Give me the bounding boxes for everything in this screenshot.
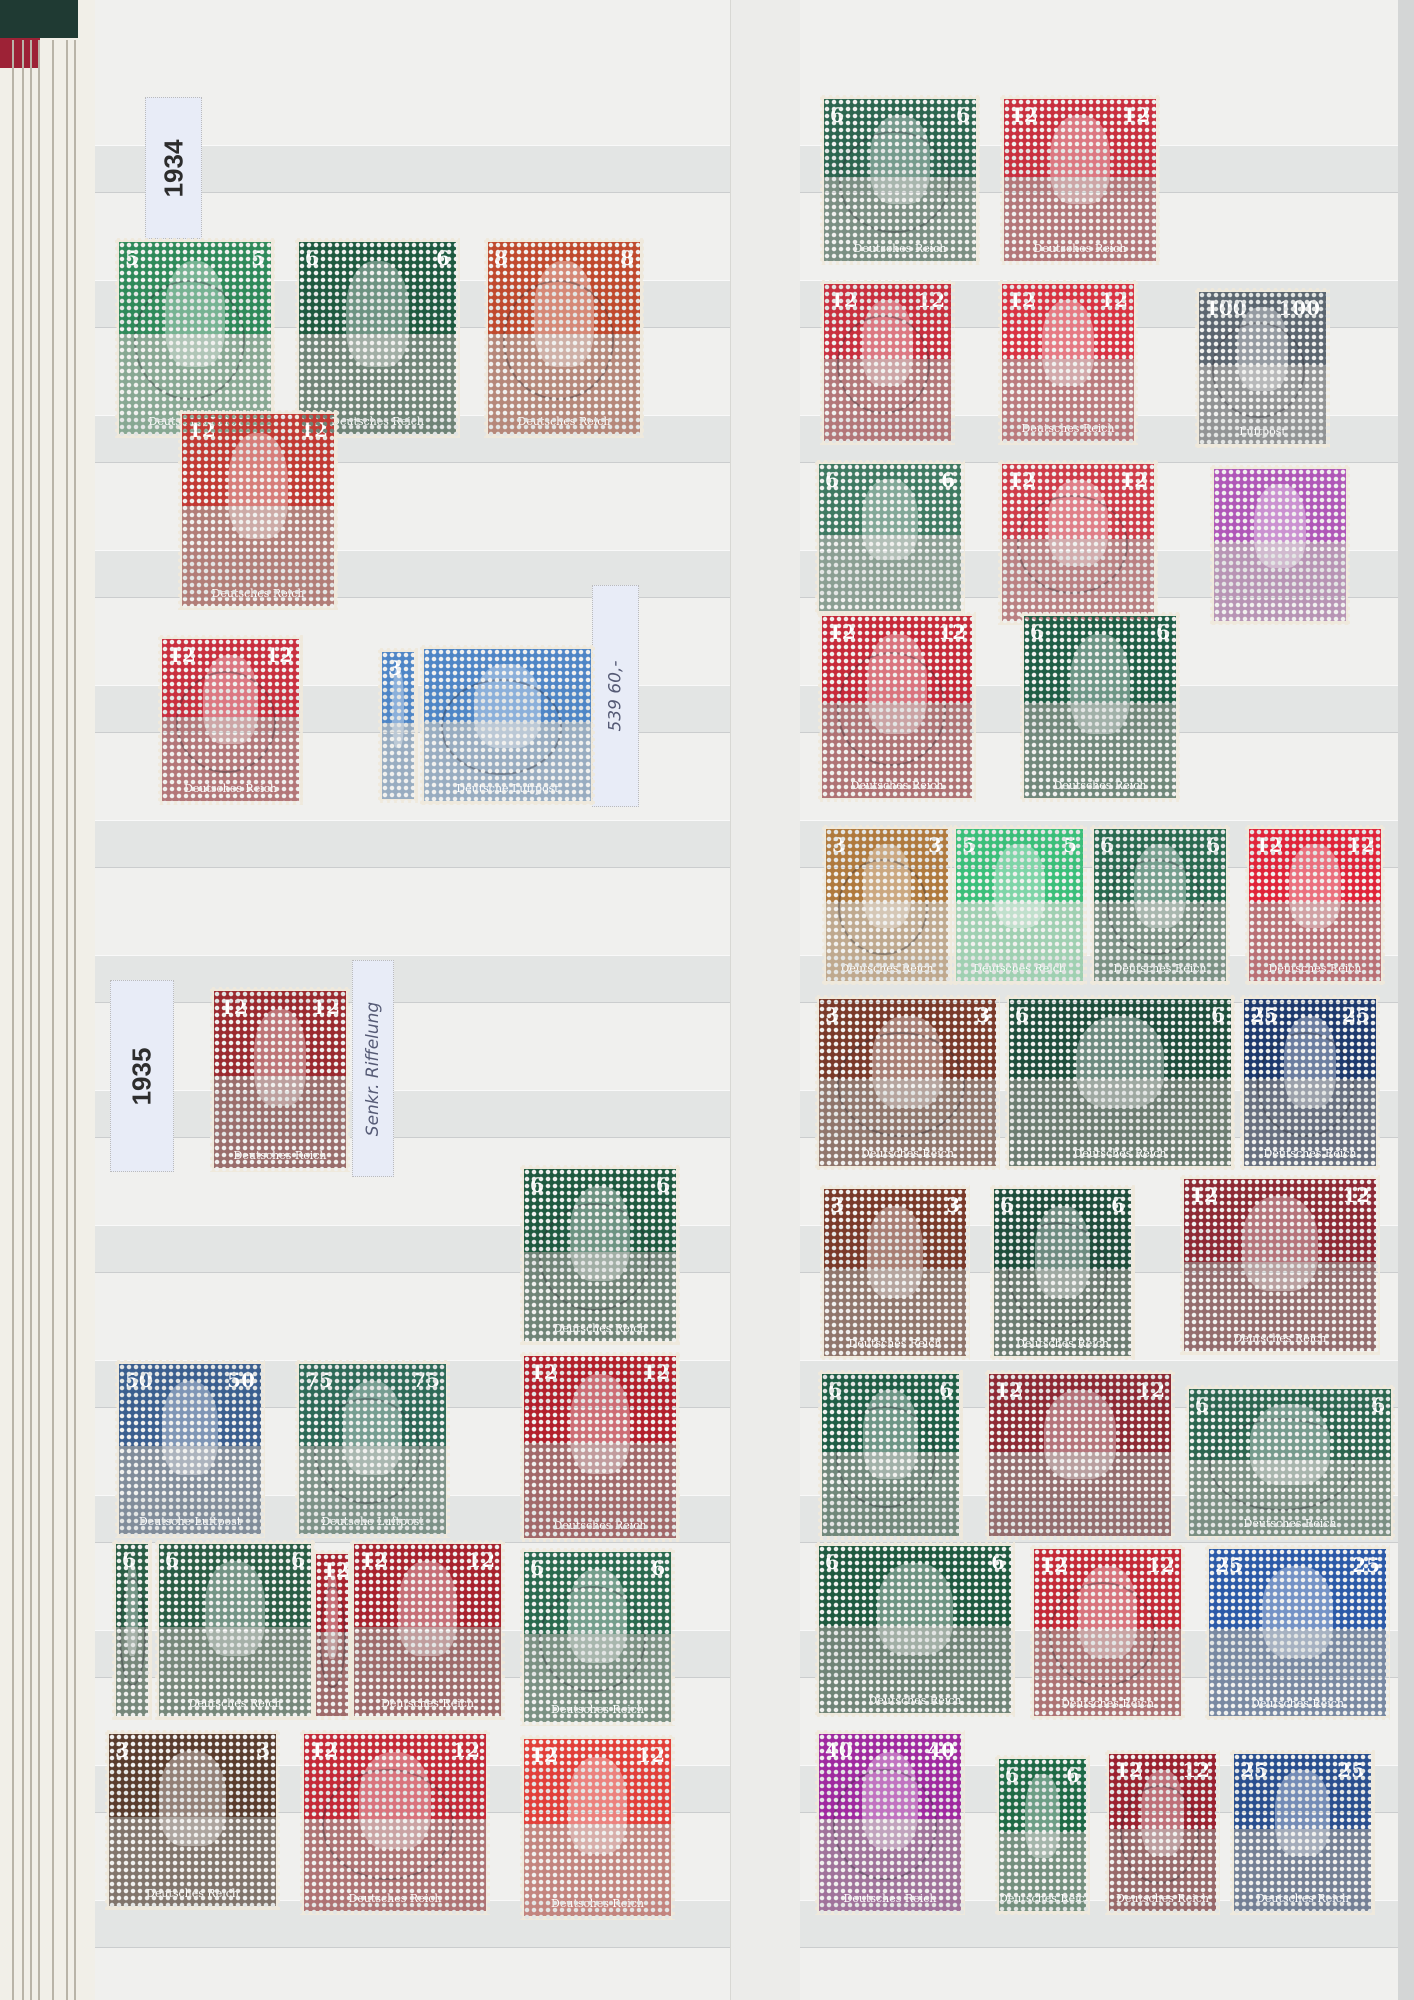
stamp-value: 12: [637, 1743, 665, 1767]
postmark-cancel-icon: [1209, 1418, 1354, 1510]
stamp: 1212: [820, 280, 955, 445]
postmark-cancel-icon: [837, 315, 930, 413]
note-label-riffelung: Senkr. Riffelung: [352, 960, 394, 1177]
stamp-legend: Deutsches Reich: [354, 1697, 501, 1710]
postmark-cancel-icon: [837, 1032, 965, 1136]
stamp: 66Deutsches Reich: [815, 1542, 1015, 1717]
stamp-legend: Deutsches Reich: [1094, 962, 1226, 975]
stamp-portrait-icon: [877, 1563, 954, 1655]
stamp-design: 1212: [989, 1374, 1171, 1536]
stamp-legend: Deutsches Reich: [162, 782, 299, 795]
stamp: 12: [312, 1550, 352, 1720]
stamp: 55Deutsches Reich: [115, 238, 275, 438]
stamp-portrait-icon: [159, 1751, 226, 1846]
stamp-legend: Deutsches Reich: [1209, 1697, 1386, 1710]
stamp-portrait-icon: [205, 1561, 266, 1656]
stamp-legend: Deutsches Reich: [819, 1694, 1011, 1707]
stamp-value: 6: [291, 1548, 305, 1572]
stamp-portrait-icon: [1254, 484, 1307, 568]
stamp-value: 12: [1040, 1553, 1068, 1577]
stamp-legend: Deutsches Reich: [822, 779, 972, 792]
stamp-value: 12: [1115, 1758, 1143, 1782]
stamp-value: 12: [1100, 288, 1128, 312]
stamp-design: 33Deutsches Reich: [109, 1734, 276, 1906]
stamp: 1212Deutsches Reich: [1000, 95, 1160, 265]
postmark-cancel-icon: [837, 652, 946, 765]
stamp-design: 33Deutsches Reich: [826, 829, 948, 981]
stamp-design: 7575Deutsche Luftpost: [299, 1364, 446, 1534]
stamp-design: 3: [382, 652, 414, 799]
stamp: 5050Deutsche Luftpost: [115, 1360, 265, 1538]
stamp-design: 4040Deutsches Reich: [819, 1734, 961, 1911]
stamp-design: Deutsche Luftpost: [424, 649, 591, 801]
stamp: 7575Deutsche Luftpost: [295, 1360, 450, 1538]
stamp-design: 1212Deutsches Reich: [524, 1356, 676, 1538]
note-label-text: 539 60,-: [606, 660, 626, 731]
page-leaf: [22, 40, 24, 2000]
year-label-1935: 1935: [110, 980, 174, 1172]
stamp-value: 3: [832, 833, 846, 857]
stamp-legend: Deutsches Reich: [214, 1149, 346, 1162]
glassine-strip: [95, 1090, 730, 1138]
stamp: 66Deutsches Reich: [1005, 995, 1235, 1170]
stamp: 2525Deutsches Reich: [1240, 995, 1380, 1170]
stamp: 33Deutsches Reich: [822, 825, 952, 985]
stamp-portrait-icon: [570, 1374, 631, 1474]
stamp-design: 1212Deutsches Reich: [524, 1739, 671, 1916]
postmark-cancel-icon: [539, 1586, 646, 1692]
stamp-design: 2525Deutsches Reich: [1244, 999, 1376, 1166]
page-leaf: [12, 40, 14, 2000]
stamp-legend: Deutsches Reich: [999, 1892, 1086, 1905]
stamp-value: 12: [265, 643, 293, 667]
stamp-value: 12: [1137, 1378, 1165, 1402]
stamp-value: 6: [1371, 1393, 1385, 1417]
stamp: 1212Deutsches Reich: [300, 1730, 490, 1915]
stamp-value: 3: [388, 656, 402, 680]
stamp-design: 33Deutsches Reich: [824, 1189, 966, 1356]
stamp-value: 5: [1063, 833, 1077, 857]
stamp-legend: Deutsche Luftpost: [299, 1515, 446, 1528]
stamp-legend: Deutsches Reich: [524, 1322, 676, 1335]
stamp-value: 12: [360, 1548, 388, 1572]
stamp-portrait-icon: [254, 1009, 307, 1106]
stamp-portrait-icon: [1044, 1390, 1117, 1479]
stamp-portrait-icon: [398, 1561, 457, 1656]
page-leaf: [30, 40, 32, 2000]
stamp-value: 8: [620, 246, 634, 270]
stamp-portrait-icon: [162, 1381, 219, 1475]
stamp-design: 2525Deutsches Reich: [1234, 1754, 1371, 1911]
stamp-design: 66Deutsches Reich: [524, 1552, 671, 1722]
stamp-legend: Deutsches Reich: [1002, 422, 1134, 435]
stamp-value: 12: [1122, 103, 1150, 127]
stamp: 1212Deutsches Reich: [1180, 1175, 1380, 1355]
stamp-portrait-icon: [228, 433, 289, 539]
stamp-value: 6: [939, 1378, 953, 1402]
stamp-design: 1212Deutsches Reich: [214, 991, 346, 1168]
stamp: 1212Deutsches Reich: [520, 1735, 675, 1920]
stamp-value: 12: [1347, 833, 1375, 857]
postmark-cancel-icon: [833, 1769, 936, 1879]
stamp-value: 100: [1278, 296, 1320, 320]
stamp-value: 6: [165, 1548, 179, 1572]
stamp-value: 12: [312, 995, 340, 1019]
year-label-1934: 1934: [145, 97, 202, 239]
stamp-value: 6: [1206, 833, 1220, 857]
stamp-value: 6: [1015, 1003, 1029, 1027]
stamp-legend: Luftpost: [1199, 425, 1326, 438]
stamp-value: 12: [917, 288, 945, 312]
stamp-design: 66Deutsches Reich: [1189, 1389, 1391, 1536]
stamp-value: 6: [825, 468, 839, 492]
postmark-cancel-icon: [838, 859, 927, 954]
stamp-value: 12: [938, 620, 966, 644]
stamp-design: 2525Deutsches Reich: [1209, 1549, 1386, 1716]
stamp-legend: Deutsches Reich: [109, 1887, 276, 1900]
page-right-edge: [1398, 0, 1414, 2000]
stamp: 88Deutsches Reich: [484, 238, 644, 438]
stamp-value: 12: [300, 418, 328, 442]
stamp-portrait-icon: [1050, 115, 1111, 204]
stamp-legend: Deutsches Reich: [1189, 1517, 1391, 1530]
stamp-value: 12: [1182, 1758, 1210, 1782]
stamp: 66Deutsches Reich: [1020, 612, 1180, 802]
stamp-value: 12: [1342, 1183, 1370, 1207]
stamp-value: 5: [962, 833, 976, 857]
stamp: [1210, 465, 1350, 625]
stamp-value: 6: [530, 1556, 544, 1580]
stamp-legend: Deutsches Reich: [488, 415, 640, 428]
stamp-design: 66Deutsches Reich: [1094, 829, 1226, 981]
postmark-cancel-icon: [1120, 1785, 1199, 1883]
postmark-cancel-icon: [119, 1578, 145, 1685]
stamp-design: 66Deutsches Reich: [824, 99, 976, 261]
stamp-value: 6: [1211, 1003, 1225, 1027]
stamp-value: 12: [995, 1378, 1023, 1402]
stamp-value: 75: [412, 1368, 440, 1392]
stamp-value: 25: [1342, 1003, 1370, 1027]
postmark-cancel-icon: [1257, 1032, 1353, 1136]
stamp-design: 66Deutsches Reich: [299, 242, 456, 434]
stamp-value: 3: [115, 1738, 129, 1762]
stamp-design: 55Deutsches Reich: [956, 829, 1083, 981]
stamp-legend: Deutsches Reich: [182, 587, 334, 600]
postmark-cancel-icon: [134, 280, 244, 399]
stamp-design: 1212Deutsches Reich: [822, 616, 972, 798]
stamp-legend: Deutsches Reich: [1244, 1147, 1376, 1160]
stamp-legend: Deutsches Reich: [1024, 779, 1176, 792]
stamp-portrait-icon: [1025, 1774, 1060, 1858]
stamp-value: 50: [227, 1368, 255, 1392]
stamp: 100100Luftpost: [1195, 288, 1330, 448]
stamp: 1212Deutsches Reich: [158, 635, 303, 805]
stamp: 1212Deutsches Reich: [350, 1540, 505, 1720]
stamp-value: 6: [651, 1556, 665, 1580]
stamp-legend: Deutsches Reich: [524, 1897, 671, 1910]
stamp-value: 3: [928, 833, 942, 857]
stamp-legend: Deutsches Reich: [819, 1147, 996, 1160]
stamp-legend: Deutsches Reich: [524, 1519, 676, 1532]
stamp-portrait-icon: [1042, 300, 1095, 386]
stamp: 1212Deutsches Reich: [1030, 1545, 1185, 1720]
stamp-portrait-icon: [568, 1757, 627, 1854]
year-label-text: 1935: [127, 1047, 158, 1105]
stamp-value: 3: [825, 1003, 839, 1027]
note-label-text: Senkr. Riffelung: [363, 1001, 383, 1135]
postmark-cancel-icon: [503, 280, 613, 399]
stamp-design: 1212Deutsches Reich: [1109, 1754, 1216, 1911]
stamp-value: 12: [642, 1360, 670, 1384]
album-cover-red: [0, 38, 40, 68]
stamp: 1212Deutsches Reich: [818, 612, 976, 802]
stamp-portrait-icon: [1289, 844, 1342, 928]
stamp: 66Deutsches Reich: [820, 95, 980, 265]
stamp-design: 66: [819, 464, 961, 611]
stamp-design: 12: [316, 1554, 348, 1716]
stamp-value: 12: [828, 620, 856, 644]
stamp: 66Deutsches Reich: [1185, 1385, 1395, 1540]
stamp-value: 12: [1147, 1553, 1175, 1577]
stamp-design: 1212: [1002, 464, 1154, 621]
album-page-edges: [0, 0, 95, 2000]
stamp-legend: Deutsches Reich: [956, 962, 1083, 975]
stamp: 1212Deutsches Reich: [1245, 825, 1385, 985]
stamp-design: 66Deutsches Reich: [819, 1546, 1011, 1713]
postmark-cancel-icon: [1049, 1582, 1156, 1686]
stamp-value: 12: [220, 995, 248, 1019]
postmark-cancel-icon: [322, 1769, 453, 1879]
stamp-value: 3: [946, 1193, 960, 1217]
stamp-value: 12: [322, 1558, 348, 1582]
stamp-value: 6: [1156, 620, 1170, 644]
stamp-design: 66Deutsches Reich: [159, 1544, 311, 1716]
stamp-value: 6: [1195, 1393, 1209, 1417]
stamp-value: 12: [452, 1738, 480, 1762]
stamp-value: 6: [1030, 620, 1044, 644]
stamp-design: [1214, 469, 1346, 621]
stamp-value: 5: [251, 246, 265, 270]
stamp-value: 12: [467, 1548, 495, 1572]
stamp: 66: [815, 460, 965, 615]
stamp-portrait-icon: [346, 261, 409, 367]
stamp-value: 5: [125, 246, 139, 270]
postmark-cancel-icon: [839, 131, 949, 232]
stamp: 2525Deutsches Reich: [1230, 1750, 1375, 1915]
stamp-value: 3: [256, 1738, 270, 1762]
stamp-design: 66: [822, 1374, 959, 1536]
stamp-value: 6: [828, 1378, 842, 1402]
stamp-design: 1212Deutsches Reich: [162, 639, 299, 801]
stamp-value: 12: [188, 418, 216, 442]
stamp-value: 12: [830, 288, 858, 312]
stamp-design: 66Deutsches Reich: [524, 1169, 676, 1341]
stamp-value: 3: [976, 1003, 990, 1027]
stamp: 1212: [985, 1370, 1175, 1540]
page-leaf: [66, 40, 68, 2000]
stamp-value: 75: [305, 1368, 333, 1392]
stamp: 33Deutsches Reich: [815, 995, 1000, 1170]
stamp-value: 50: [125, 1368, 153, 1392]
stamp-legend: Deutsche Luftpost: [424, 782, 591, 795]
stamp: 66Deutsches Reich: [520, 1548, 675, 1726]
stamp-design: 100100Luftpost: [1199, 292, 1326, 444]
stamp-legend: Deutsches Reich: [1249, 962, 1381, 975]
note-label-539: 539 60,-: [592, 585, 639, 807]
stamp: 1212Deutsches Reich: [178, 410, 338, 610]
stamp-value: 12: [530, 1743, 558, 1767]
page-gutter: [730, 0, 802, 2000]
stamp-value: 12: [1010, 103, 1038, 127]
stamp: 66Deutsches Reich: [995, 1755, 1090, 1915]
stamp-legend: Deutsche Luftpost: [119, 1515, 261, 1528]
stamp-legend: Deutsches Reich: [524, 1703, 671, 1716]
stamp-legend: Deutsches Reich: [159, 1697, 311, 1710]
stamp: 1212Deutsches Reich: [1105, 1750, 1220, 1915]
stamp: 1212: [998, 460, 1158, 625]
stamp-portrait-icon: [1242, 1196, 1319, 1291]
stamp-design: 1212Deutsches Reich: [1249, 829, 1381, 981]
stamp-value: 6: [1100, 833, 1114, 857]
stamp-legend: Deutsches Reich: [1009, 1147, 1231, 1160]
stamp: 33Deutsches Reich: [105, 1730, 280, 1910]
stamp: 3: [378, 648, 418, 803]
stamp-value: 6: [122, 1548, 136, 1572]
stamp-legend: Deutsches Reich: [819, 1892, 961, 1905]
stamp-value: 6: [830, 103, 844, 127]
postmark-cancel-icon: [539, 1203, 649, 1310]
postmark-cancel-icon: [319, 1586, 345, 1687]
stamp-design: 1212: [824, 284, 951, 441]
stamp-value: 6: [530, 1173, 544, 1197]
stamp-value: 6: [1005, 1763, 1019, 1787]
stamp: 4040Deutsches Reich: [815, 1730, 965, 1915]
stamp-value: 12: [1008, 468, 1036, 492]
stamp-value: 25: [1215, 1553, 1243, 1577]
postmark-cancel-icon: [176, 671, 276, 772]
stamp-value: 25: [1240, 1758, 1268, 1782]
stamp-design: 66Deutsches Reich: [994, 1189, 1131, 1356]
album-cover-dark: [0, 0, 78, 38]
stamp-value: 6: [1066, 1763, 1080, 1787]
stamp: 1212Deutsches Reich: [998, 280, 1138, 445]
stamp-value: 25: [1352, 1553, 1380, 1577]
stamp-legend: Deutsches Reich: [1109, 1892, 1216, 1905]
stamp-legend: Deutsches Reich: [1034, 1697, 1181, 1710]
stamp: Deutsche Luftpost: [420, 645, 595, 805]
stamp-legend: Deutsches Reich: [824, 242, 976, 255]
postmark-cancel-icon: [1008, 1222, 1108, 1326]
stamp: 66Deutsches Reich: [990, 1185, 1135, 1360]
stamp-legend: Deutsches Reich: [994, 1337, 1131, 1350]
stamp-design: 6: [116, 1544, 148, 1716]
stamp-value: 6: [941, 468, 955, 492]
stamp-value: 6: [991, 1550, 1005, 1574]
stamp: 66Deutsches Reich: [520, 1165, 680, 1345]
stamp-value: 6: [436, 246, 450, 270]
postmark-cancel-icon: [1212, 322, 1305, 417]
stamp: 66Deutsches Reich: [1090, 825, 1230, 985]
stamp-value: 12: [530, 1360, 558, 1384]
stamp-design: 1212Deutsches Reich: [304, 1734, 486, 1911]
page-leaf: [38, 40, 40, 2000]
stamp-value: 25: [1250, 1003, 1278, 1027]
stamp-legend: Deutsches Reich: [304, 1892, 486, 1905]
stamp-design: 1212Deutsches Reich: [1034, 1549, 1181, 1716]
stamp-legend: Deutsches Reich: [824, 1337, 966, 1350]
stamp-value: 6: [956, 103, 970, 127]
stamp-design: 88Deutsches Reich: [488, 242, 640, 434]
stamp-value: 3: [830, 1193, 844, 1217]
year-label-text: 1934: [158, 139, 189, 197]
stamp-portrait-icon: [867, 1206, 924, 1298]
stamp-design: 1212Deutsches Reich: [1184, 1179, 1376, 1351]
stamp: 1212Deutsches Reich: [210, 987, 350, 1172]
stamp-portrait-icon: [862, 479, 919, 560]
page-leaf: [52, 40, 54, 2000]
stamp-value: 6: [825, 1550, 839, 1574]
stamp: 66Deutsches Reich: [295, 238, 460, 438]
stamp-design: 33Deutsches Reich: [819, 999, 996, 1166]
glassine-strip: [95, 955, 730, 1003]
stamp-value: 12: [1255, 833, 1283, 857]
stamp-value: 12: [310, 1738, 338, 1762]
stamp-value: 6: [1111, 1193, 1125, 1217]
stamp-value: 6: [656, 1173, 670, 1197]
stamp: 33Deutsches Reich: [820, 1185, 970, 1360]
stamp: 6: [112, 1540, 152, 1720]
stamp-legend: Deutsches Reich: [1184, 1332, 1376, 1345]
stamp-design: 66Deutsches Reich: [1024, 616, 1176, 798]
stamp-portrait-icon: [1275, 1770, 1330, 1856]
stamp-design: 66Deutsches Reich: [999, 1759, 1086, 1911]
stamp-value: 12: [1190, 1183, 1218, 1207]
stamp-value: 8: [494, 246, 508, 270]
stamp-value: 12: [1008, 288, 1036, 312]
stamp-design: 1212Deutsches Reich: [1002, 284, 1134, 441]
stamp: 2525Deutsches Reich: [1205, 1545, 1390, 1720]
glassine-strip: [95, 820, 730, 868]
stamp-portrait-icon: [1070, 634, 1131, 734]
stamp-legend: Deutsches Reich: [826, 962, 948, 975]
stamp-design: 66Deutsches Reich: [1009, 999, 1231, 1166]
stamp-portrait-icon: [1262, 1566, 1333, 1658]
postmark-cancel-icon: [441, 679, 562, 774]
stamp-legend: Deutsches Reich: [1004, 242, 1156, 255]
postmark-cancel-icon: [1017, 495, 1127, 593]
stamp-value: 25: [1337, 1758, 1365, 1782]
stamp-design: 1212Deutsches Reich: [182, 414, 334, 606]
postmark-cancel-icon: [836, 1406, 936, 1507]
stamp-design: 55Deutsches Reich: [119, 242, 271, 434]
stamp: 1212Deutsches Reich: [520, 1352, 680, 1542]
stamp-value: 12: [1120, 468, 1148, 492]
stamp-design: 5050Deutsche Luftpost: [119, 1364, 261, 1534]
stamp: 66Deutsches Reich: [155, 1540, 315, 1720]
stamp-portrait-icon: [1076, 1016, 1165, 1108]
stamp-value: 6: [305, 246, 319, 270]
stamp-value: 12: [168, 643, 196, 667]
stamp-value: 40: [825, 1738, 853, 1762]
stamp: 55Deutsches Reich: [952, 825, 1087, 985]
stamp-value: 6: [1000, 1193, 1014, 1217]
stamp-design: 1212Deutsches Reich: [1004, 99, 1156, 261]
postmark-cancel-icon: [314, 1398, 421, 1504]
stamp-portrait-icon: [994, 844, 1045, 928]
stamp: 66: [818, 1370, 963, 1540]
postmark-cancel-icon: [1107, 859, 1203, 954]
stamp-legend: Deutsches Reich: [1234, 1892, 1371, 1905]
